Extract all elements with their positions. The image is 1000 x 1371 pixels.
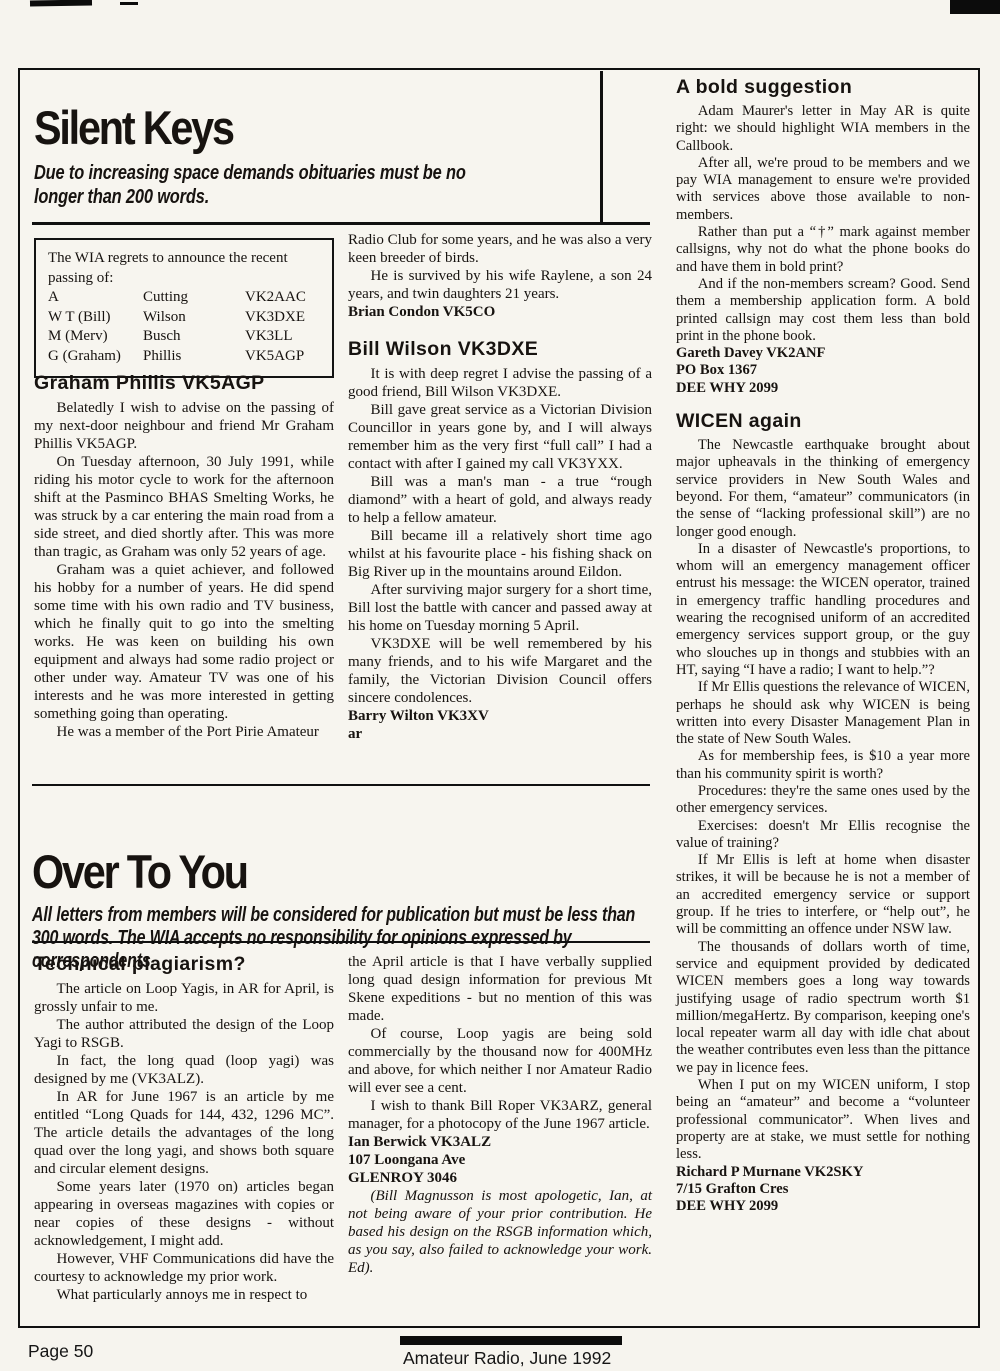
- letter-paragraph: In AR for June 1967 is an article by me …: [34, 1088, 334, 1178]
- signature-line: Richard P Murnane VK2SKY: [676, 1164, 970, 1181]
- signature-line: 7/15 Grafton Cres: [676, 1181, 970, 1198]
- letter-paragraph: The thousands of dollars worth of time, …: [676, 939, 970, 1077]
- letter-paragraph: What particularly annoys me in respect t…: [34, 1286, 334, 1304]
- signature-line: PO Box 1367: [676, 362, 970, 379]
- letter-paragraph: Exercises: doesn't Mr Ellis recognise th…: [676, 818, 970, 853]
- letter-paragraph: The article on Loop Yagis, in AR for Apr…: [34, 980, 334, 1016]
- obituary-paragraph: Graham was a quiet achiever, and followe…: [34, 561, 334, 723]
- notice-surname: Cutting: [143, 288, 245, 308]
- notice-callsign: VK3LL: [245, 327, 322, 347]
- letter-paragraph: If Mr Ellis is left at home when disaste…: [676, 852, 970, 938]
- signature-line: DEE WHY 2099: [676, 380, 970, 397]
- notice-intro: The WIA regrets to announce the recent p…: [48, 249, 322, 288]
- notice-given: M (Merv): [48, 327, 143, 347]
- letter-paragraph: I wish to thank Bill Roper VK3ARZ, gener…: [348, 1097, 652, 1133]
- obituary-paragraph: He is survived by his wife Raylene, a so…: [348, 267, 652, 303]
- editor-note: (Bill Magnusson is most apologetic, Ian,…: [348, 1187, 652, 1277]
- letter-paragraph: Adam Maurer's letter in May AR is quite …: [676, 103, 970, 155]
- letter-plagiarism-mid: the April article is that I have verball…: [348, 953, 652, 1277]
- letter-heading: WICEN again: [676, 410, 970, 432]
- letter-paragraph: The Newcastle earthquake brought about m…: [676, 437, 970, 541]
- obituary-paragraph: He was a member of the Port Pirie Amateu…: [34, 723, 334, 741]
- obituary-phillis: Graham Phillis VK5AGP Belatedly I wish t…: [34, 372, 334, 741]
- notice-row: G (Graham) Phillis VK5AGP: [48, 347, 322, 367]
- notice-surname: Busch: [143, 327, 245, 347]
- signature-line: Barry Wilton VK3XV: [348, 707, 652, 725]
- letter-paragraph: In a disaster of Newcastle's proportions…: [676, 541, 970, 679]
- obituary-heading: Graham Phillis VK5AGP: [34, 372, 334, 394]
- footer-journal-line: Amateur Radio, June 1992: [403, 1348, 611, 1369]
- footer-page-number: Page 50: [28, 1341, 93, 1362]
- letter-paragraph: After all, we're proud to be members and…: [676, 155, 970, 224]
- letter-paragraph: Some years later (1970 on) articles bega…: [34, 1178, 334, 1250]
- notice-row: M (Merv) Busch VK3LL: [48, 327, 322, 347]
- obituary-paragraph: After surviving major surgery for a shor…: [348, 581, 652, 635]
- letter-bold-suggestion: A bold suggestion Adam Maurer's letter i…: [676, 76, 970, 397]
- letter-wicen-again: WICEN again The Newcastle earthquake bro…: [676, 410, 970, 1215]
- notice-row: A Cutting VK2AAC: [48, 288, 322, 308]
- notice-surname: Wilson: [143, 308, 245, 328]
- notice-given: A: [48, 288, 143, 308]
- silent-keys-header: Silent Keys Due to increasing space dema…: [34, 104, 594, 209]
- letter-paragraph: As for membership fees, is $10 a year mo…: [676, 748, 970, 783]
- letter-paragraph: However, VHF Communications did have the…: [34, 1250, 334, 1286]
- letter-paragraph: The author attributed the design of the …: [34, 1016, 334, 1052]
- letter-paragraph: If Mr Ellis questions the relevance of W…: [676, 679, 970, 748]
- notice-callsign: VK3DXE: [245, 308, 322, 328]
- letter-paragraph: Of course, Loop yagis are being sold com…: [348, 1025, 652, 1097]
- letter-paragraph: Rather than put a “†” mark against membe…: [676, 224, 970, 276]
- letters-column: A bold suggestion Adam Maurer's letter i…: [676, 76, 970, 1228]
- silent-keys-standfirst: Due to increasing space demands obituari…: [34, 161, 470, 209]
- footer-bar: [400, 1336, 622, 1345]
- letter-paragraph: Procedures: they're the same ones used b…: [676, 783, 970, 818]
- column-divider: [600, 71, 603, 224]
- obituary-paragraph: VK3DXE will be well remembered by his ma…: [348, 635, 652, 707]
- obituary-heading: Bill Wilson VK3DXE: [348, 338, 652, 360]
- letter-paragraph: And if the non-members scream? Good. Sen…: [676, 276, 970, 345]
- obituary-paragraph: Belatedly I wish to advise on the passin…: [34, 399, 334, 453]
- letter-paragraph: the April article is that I have verball…: [348, 953, 652, 1025]
- scan-artifact: [950, 0, 1000, 14]
- obituary-paragraph: It is with deep regret I advise the pass…: [348, 365, 652, 401]
- signature-line: GLENROY 3046: [348, 1169, 652, 1187]
- obituary-notice-box: The WIA regrets to announce the recent p…: [34, 238, 334, 378]
- obituary-paragraph: Bill gave great service as a Victorian D…: [348, 401, 652, 473]
- letter-paragraph: When I put on my WICEN uniform, I stop b…: [676, 1077, 970, 1163]
- over-to-you-title: Over To You: [32, 848, 578, 895]
- obituary-paragraph: Radio Club for some years, and he was al…: [348, 231, 652, 267]
- section-rule: [32, 941, 650, 943]
- obituary-paragraph: Bill was a man's man - a true “rough dia…: [348, 473, 652, 527]
- silent-keys-title: Silent Keys: [34, 104, 527, 151]
- notice-given: G (Graham): [48, 347, 143, 367]
- signature-line: 107 Loongana Ave: [348, 1151, 652, 1169]
- notice-surname: Phillis: [143, 347, 245, 367]
- letter-heading: Technical plagiarism?: [34, 953, 334, 975]
- letter-paragraph: In fact, the long quad (loop yagi) was d…: [34, 1052, 334, 1088]
- silent-keys-middle-column: Radio Club for some years, and he was al…: [348, 231, 652, 743]
- letter-plagiarism-left: Technical plagiarism? The article on Loo…: [34, 953, 334, 1304]
- obituary-paragraph: Bill became ill a relatively short time …: [348, 527, 652, 581]
- obituary-paragraph: On Tuesday afternoon, 30 July 1991, whil…: [34, 453, 334, 561]
- signature-line: ar: [348, 725, 652, 743]
- section-rule: [32, 222, 650, 225]
- letter-heading: A bold suggestion: [676, 76, 970, 98]
- scan-artifact: [120, 2, 138, 5]
- signature-line: Brian Condon VK5CO: [348, 303, 652, 321]
- signature-line: DEE WHY 2099: [676, 1198, 970, 1215]
- magazine-page: { "page": { "footer_left": "Page 50", "f…: [0, 0, 1000, 1371]
- notice-row: W T (Bill) Wilson VK3DXE: [48, 308, 322, 328]
- notice-given: W T (Bill): [48, 308, 143, 328]
- notice-callsign: VK2AAC: [245, 288, 322, 308]
- signature-line: Gareth Davey VK2ANF: [676, 345, 970, 362]
- scan-artifact: [30, 0, 92, 7]
- section-rule: [32, 784, 650, 786]
- signature-line: Ian Berwick VK3ALZ: [348, 1133, 652, 1151]
- notice-callsign: VK5AGP: [245, 347, 322, 367]
